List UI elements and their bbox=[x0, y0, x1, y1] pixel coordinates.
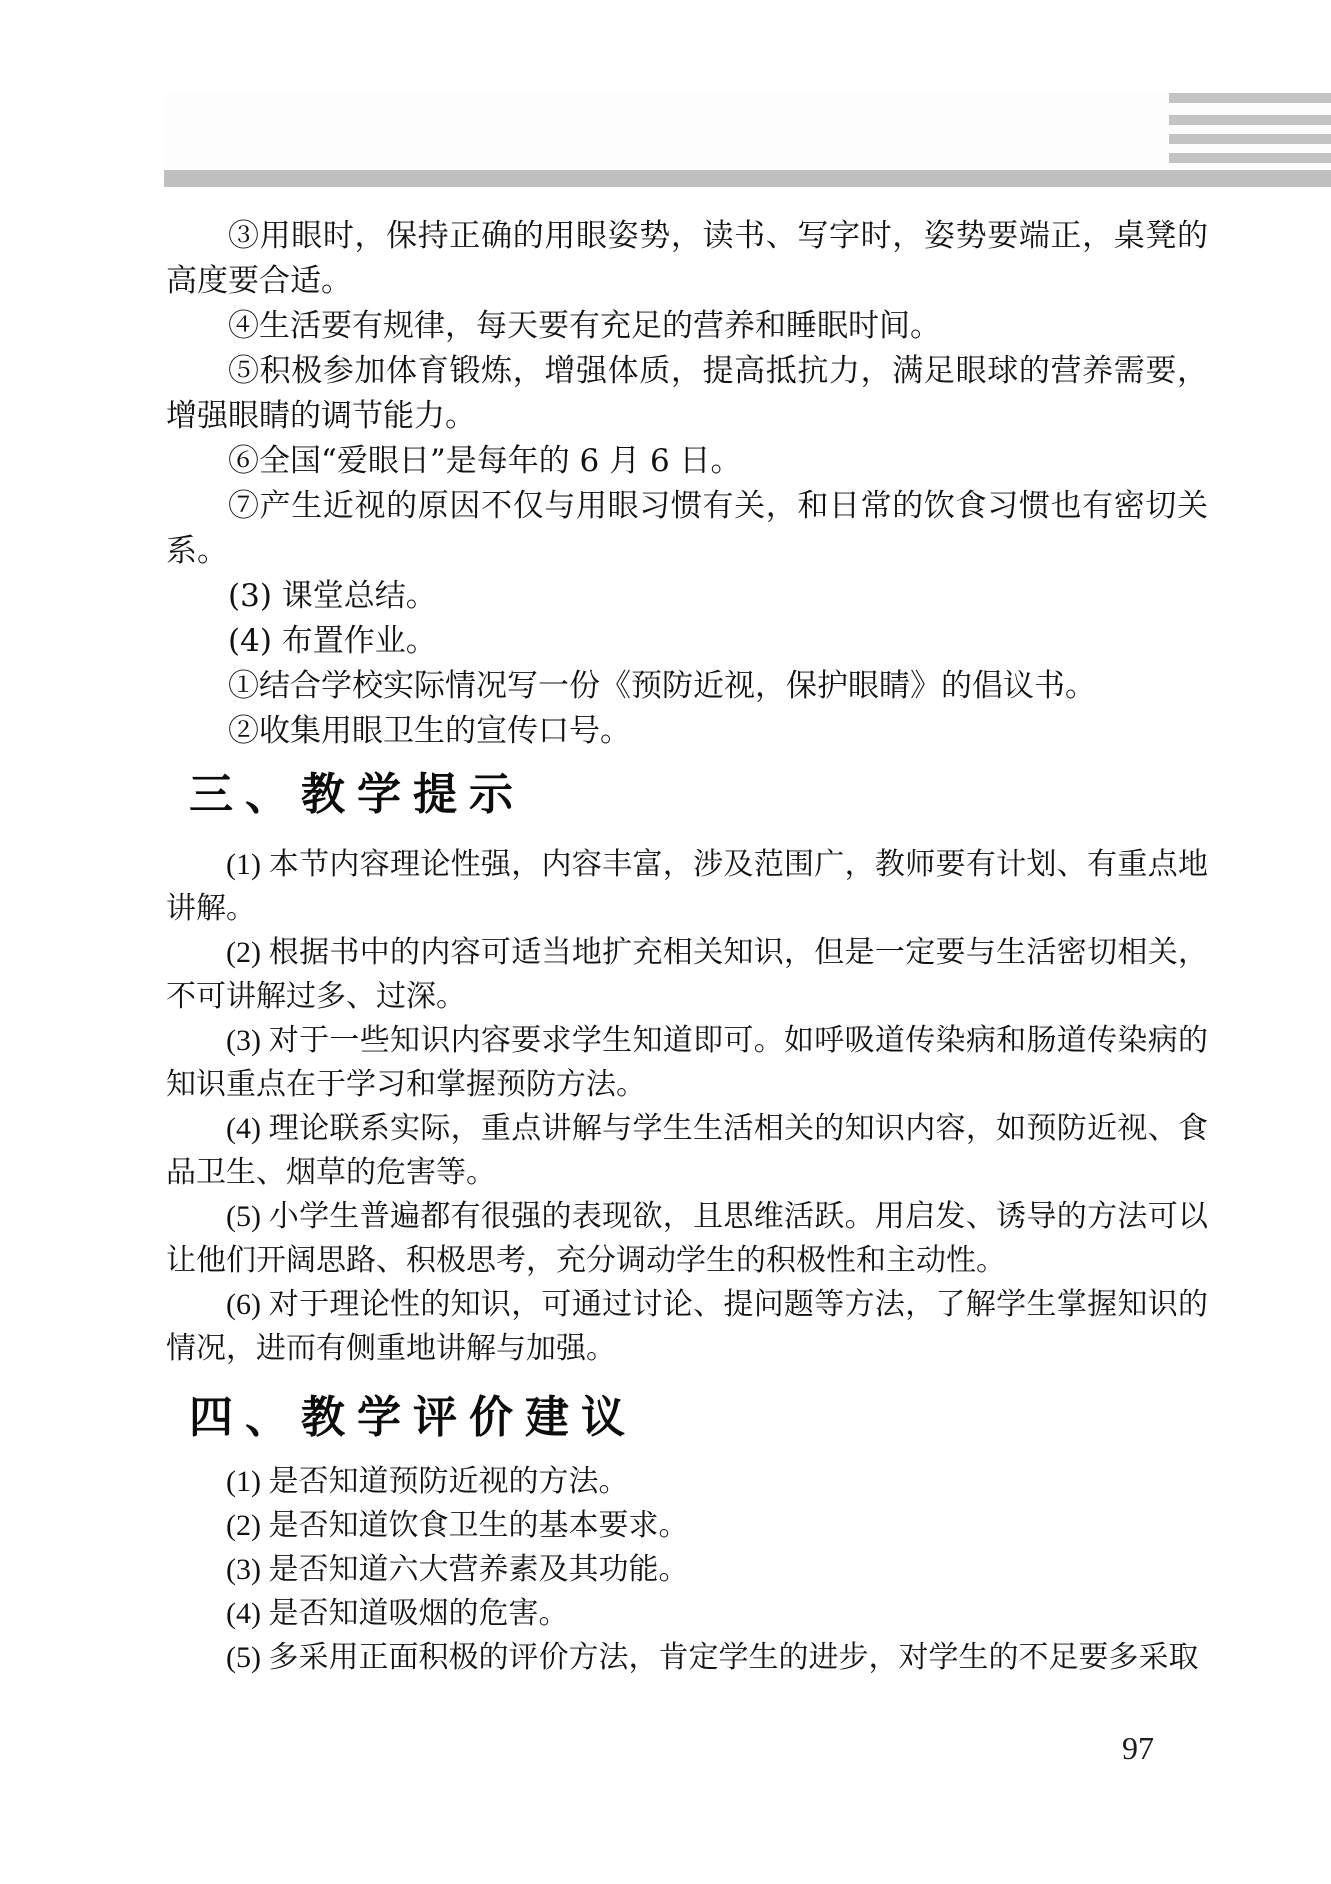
paragraph: (6) 对于理论性的知识，可通过讨论、提问题等方法，了解学生掌握知识的情况，进而… bbox=[166, 1283, 1208, 1371]
paragraph: ③用眼时，保持正确的用眼姿势，读书、写字时，姿势要端正，桌凳的高度要合适。 bbox=[166, 214, 1208, 304]
header-stripe bbox=[1169, 134, 1331, 144]
paragraph: ⑤积极参加体育锻炼，增强体质，提高抵抗力，满足眼球的营养需要，增强眼睛的调节能力… bbox=[166, 349, 1208, 439]
paragraph: (4) 理论联系实际，重点讲解与学生生活相关的知识内容，如预防近视、食品卫生、烟… bbox=[166, 1107, 1208, 1195]
paragraph: (3) 课堂总结。 bbox=[166, 574, 1208, 619]
paragraph: (3) 是否知道六大营养素及其功能。 bbox=[166, 1548, 1208, 1592]
paragraph: (3) 对于一些知识内容要求学生知道即可。如呼吸道传染病和肠道传染病的知识重点在… bbox=[166, 1019, 1208, 1107]
header-stripe bbox=[1169, 93, 1331, 103]
header-stripe bbox=[1169, 115, 1331, 125]
paragraph: (4) 布置作业。 bbox=[166, 619, 1208, 664]
section-heading-teaching-tips: 三、教学提示 bbox=[189, 768, 525, 822]
section-heading-evaluation: 四、教学评价建议 bbox=[189, 1391, 637, 1445]
header-background bbox=[164, 93, 1331, 171]
paragraph: ②收集用眼卫生的宣传口号。 bbox=[166, 709, 1208, 754]
header-band bbox=[164, 170, 1331, 187]
document-page: ③用眼时，保持正确的用眼姿势，读书、写字时，姿势要端正，桌凳的高度要合适。④生活… bbox=[0, 0, 1331, 1884]
teaching-tips-list: (1) 本节内容理论性强，内容丰富，涉及范围广，教师要有计划、有重点地讲解。(2… bbox=[166, 843, 1208, 1371]
paragraph: (5) 小学生普遍都有很强的表现欲，且思维活跃。用启发、诱导的方法可以让他们开阔… bbox=[166, 1195, 1208, 1283]
lesson-notes-list: ③用眼时，保持正确的用眼姿势，读书、写字时，姿势要端正，桌凳的高度要合适。④生活… bbox=[166, 214, 1208, 754]
header-stripe bbox=[1169, 153, 1331, 163]
paragraph: ④生活要有规律，每天要有充足的营养和睡眠时间。 bbox=[166, 304, 1208, 349]
paragraph: ⑦产生近视的原因不仅与用眼习惯有关，和日常的饮食习惯也有密切关系。 bbox=[166, 484, 1208, 574]
paragraph: (5) 多采用正面积极的评价方法，肯定学生的进步，对学生的不足要多采取 bbox=[166, 1636, 1208, 1680]
paragraph: (1) 是否知道预防近视的方法。 bbox=[166, 1460, 1208, 1504]
paragraph: ①结合学校实际情况写一份《预防近视，保护眼睛》的倡议书。 bbox=[166, 664, 1208, 709]
paragraph: ⑥全国“爱眼日”是每年的 6 月 6 日。 bbox=[166, 439, 1208, 484]
page-number: 97 bbox=[1122, 1729, 1154, 1767]
evaluation-list: (1) 是否知道预防近视的方法。(2) 是否知道饮食卫生的基本要求。(3) 是否… bbox=[166, 1460, 1208, 1680]
paragraph: (1) 本节内容理论性强，内容丰富，涉及范围广，教师要有计划、有重点地讲解。 bbox=[166, 843, 1208, 931]
paragraph: (2) 根据书中的内容可适当地扩充相关知识，但是一定要与生活密切相关，不可讲解过… bbox=[166, 931, 1208, 1019]
paragraph: (2) 是否知道饮食卫生的基本要求。 bbox=[166, 1504, 1208, 1548]
paragraph: (4) 是否知道吸烟的危害。 bbox=[166, 1592, 1208, 1636]
